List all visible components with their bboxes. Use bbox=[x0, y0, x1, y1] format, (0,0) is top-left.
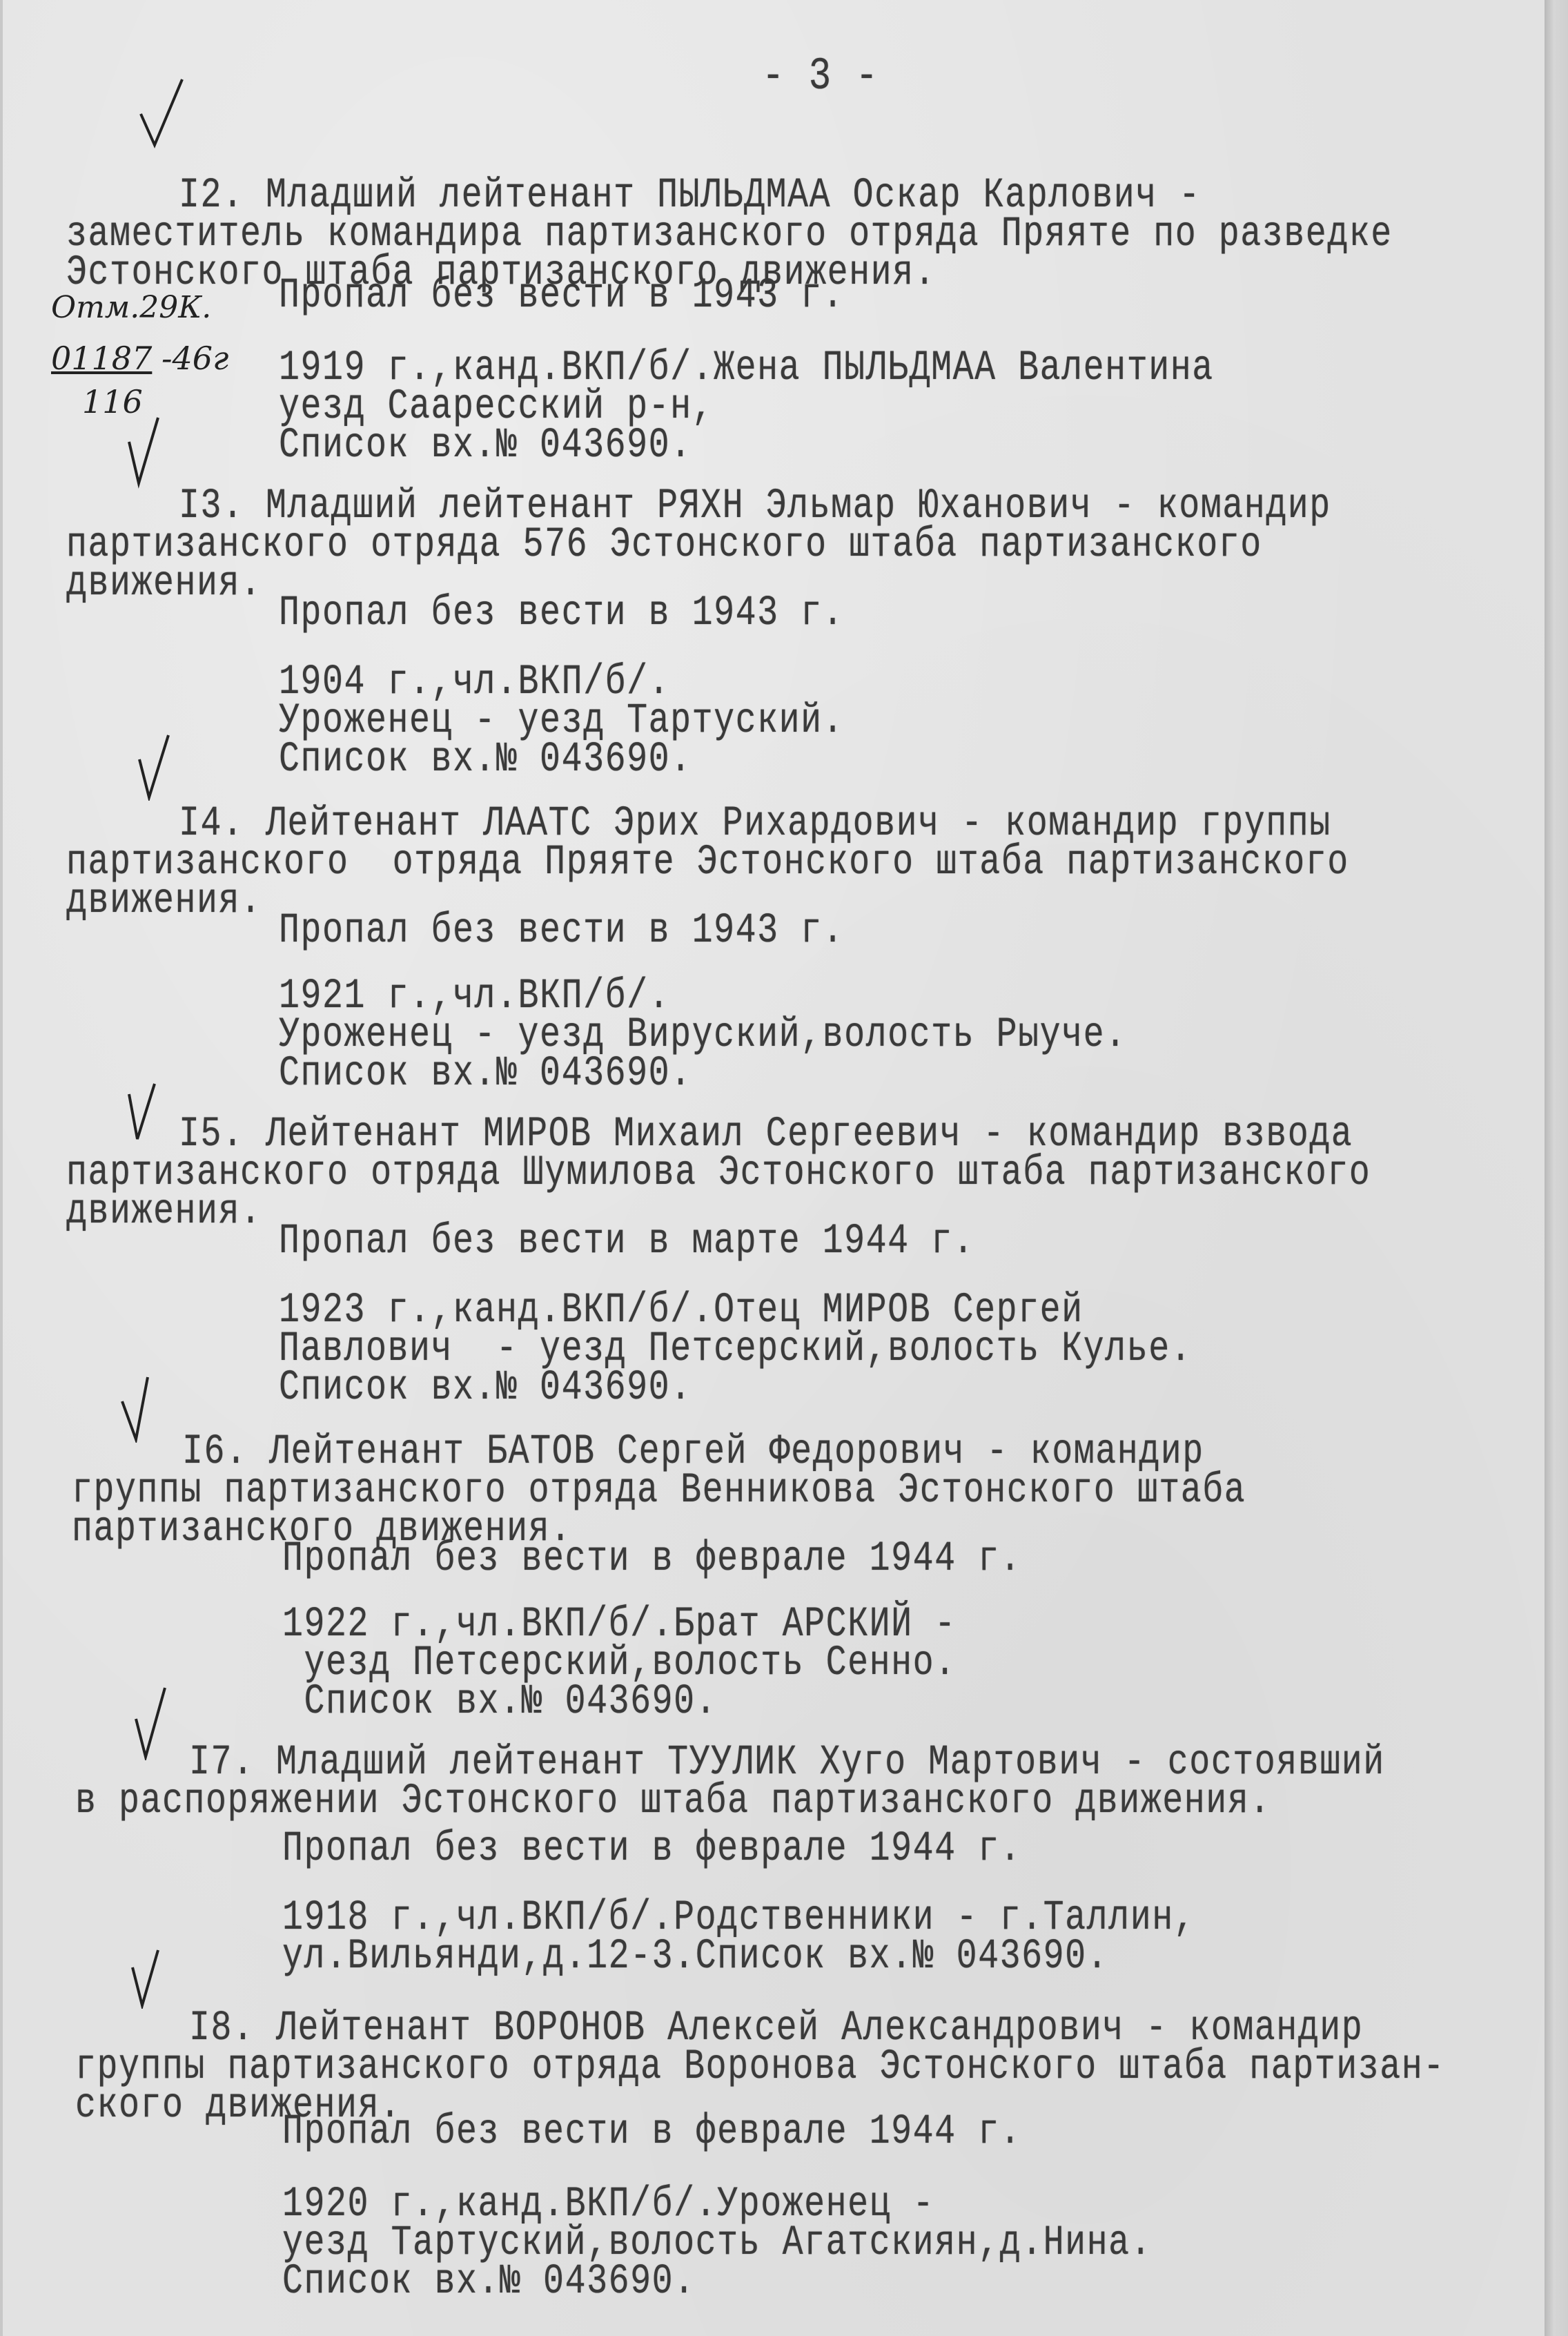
entry-text: движения. bbox=[66, 1189, 262, 1236]
entry-status: Пропал без вести в 1943 г. bbox=[279, 908, 844, 955]
checkmark-icon bbox=[127, 1947, 168, 2009]
checkmark-icon bbox=[124, 1080, 165, 1142]
checkmark-icon bbox=[134, 76, 189, 152]
entry-text: движения. bbox=[66, 878, 262, 925]
margin-note-number: 01187 bbox=[51, 340, 152, 377]
entry-status: Пропал без вести в марте 1944 г. bbox=[279, 1218, 974, 1265]
page-number: - 3 - bbox=[762, 54, 879, 101]
entry-detail: Список вх.№ 043690. bbox=[282, 2259, 696, 2306]
entry-detail: Список вх.№ 043690. bbox=[279, 737, 692, 783]
checkmark-icon bbox=[134, 732, 175, 801]
entry-detail: Список вх.№ 043690. bbox=[282, 1679, 717, 1726]
margin-note-denominator: 116 bbox=[82, 383, 143, 420]
checkmark-icon bbox=[130, 1684, 172, 1760]
entry-detail: Список вх.№ 043690. bbox=[279, 422, 692, 469]
entry-status: Пропал без вести в 1943 г. bbox=[279, 590, 844, 637]
margin-note-suffix: -46г bbox=[161, 340, 228, 377]
entry-detail: Список вх.№ 043690. bbox=[279, 1365, 692, 1412]
entry-status: Пропал без вести в феврале 1944 г. bbox=[282, 1536, 1021, 1583]
page-edge bbox=[1545, 0, 1568, 2336]
entry-detail: ул.Вильянди,д.12-3.Список вх.№ 043690. bbox=[282, 1934, 1108, 1980]
entry-text: движения. bbox=[66, 561, 262, 607]
document-page: - 3 - Отм.29К. 01187 -46г 116 I2. Младши… bbox=[0, 0, 1549, 2336]
entry-detail: Список вх.№ 043690. bbox=[279, 1051, 692, 1098]
entry-status: Пропал без вести в 1943 г. bbox=[279, 273, 844, 320]
checkmark-icon bbox=[124, 414, 165, 490]
checkmark-icon bbox=[117, 1374, 158, 1443]
entry-text: в распоряжении Эстонского штаба партизан… bbox=[75, 1778, 1271, 1825]
entry-status: Пропал без вести в феврале 1944 г. bbox=[282, 2109, 1021, 2156]
entry-status: Пропал без вести в феврале 1944 г. bbox=[282, 1826, 1021, 1873]
